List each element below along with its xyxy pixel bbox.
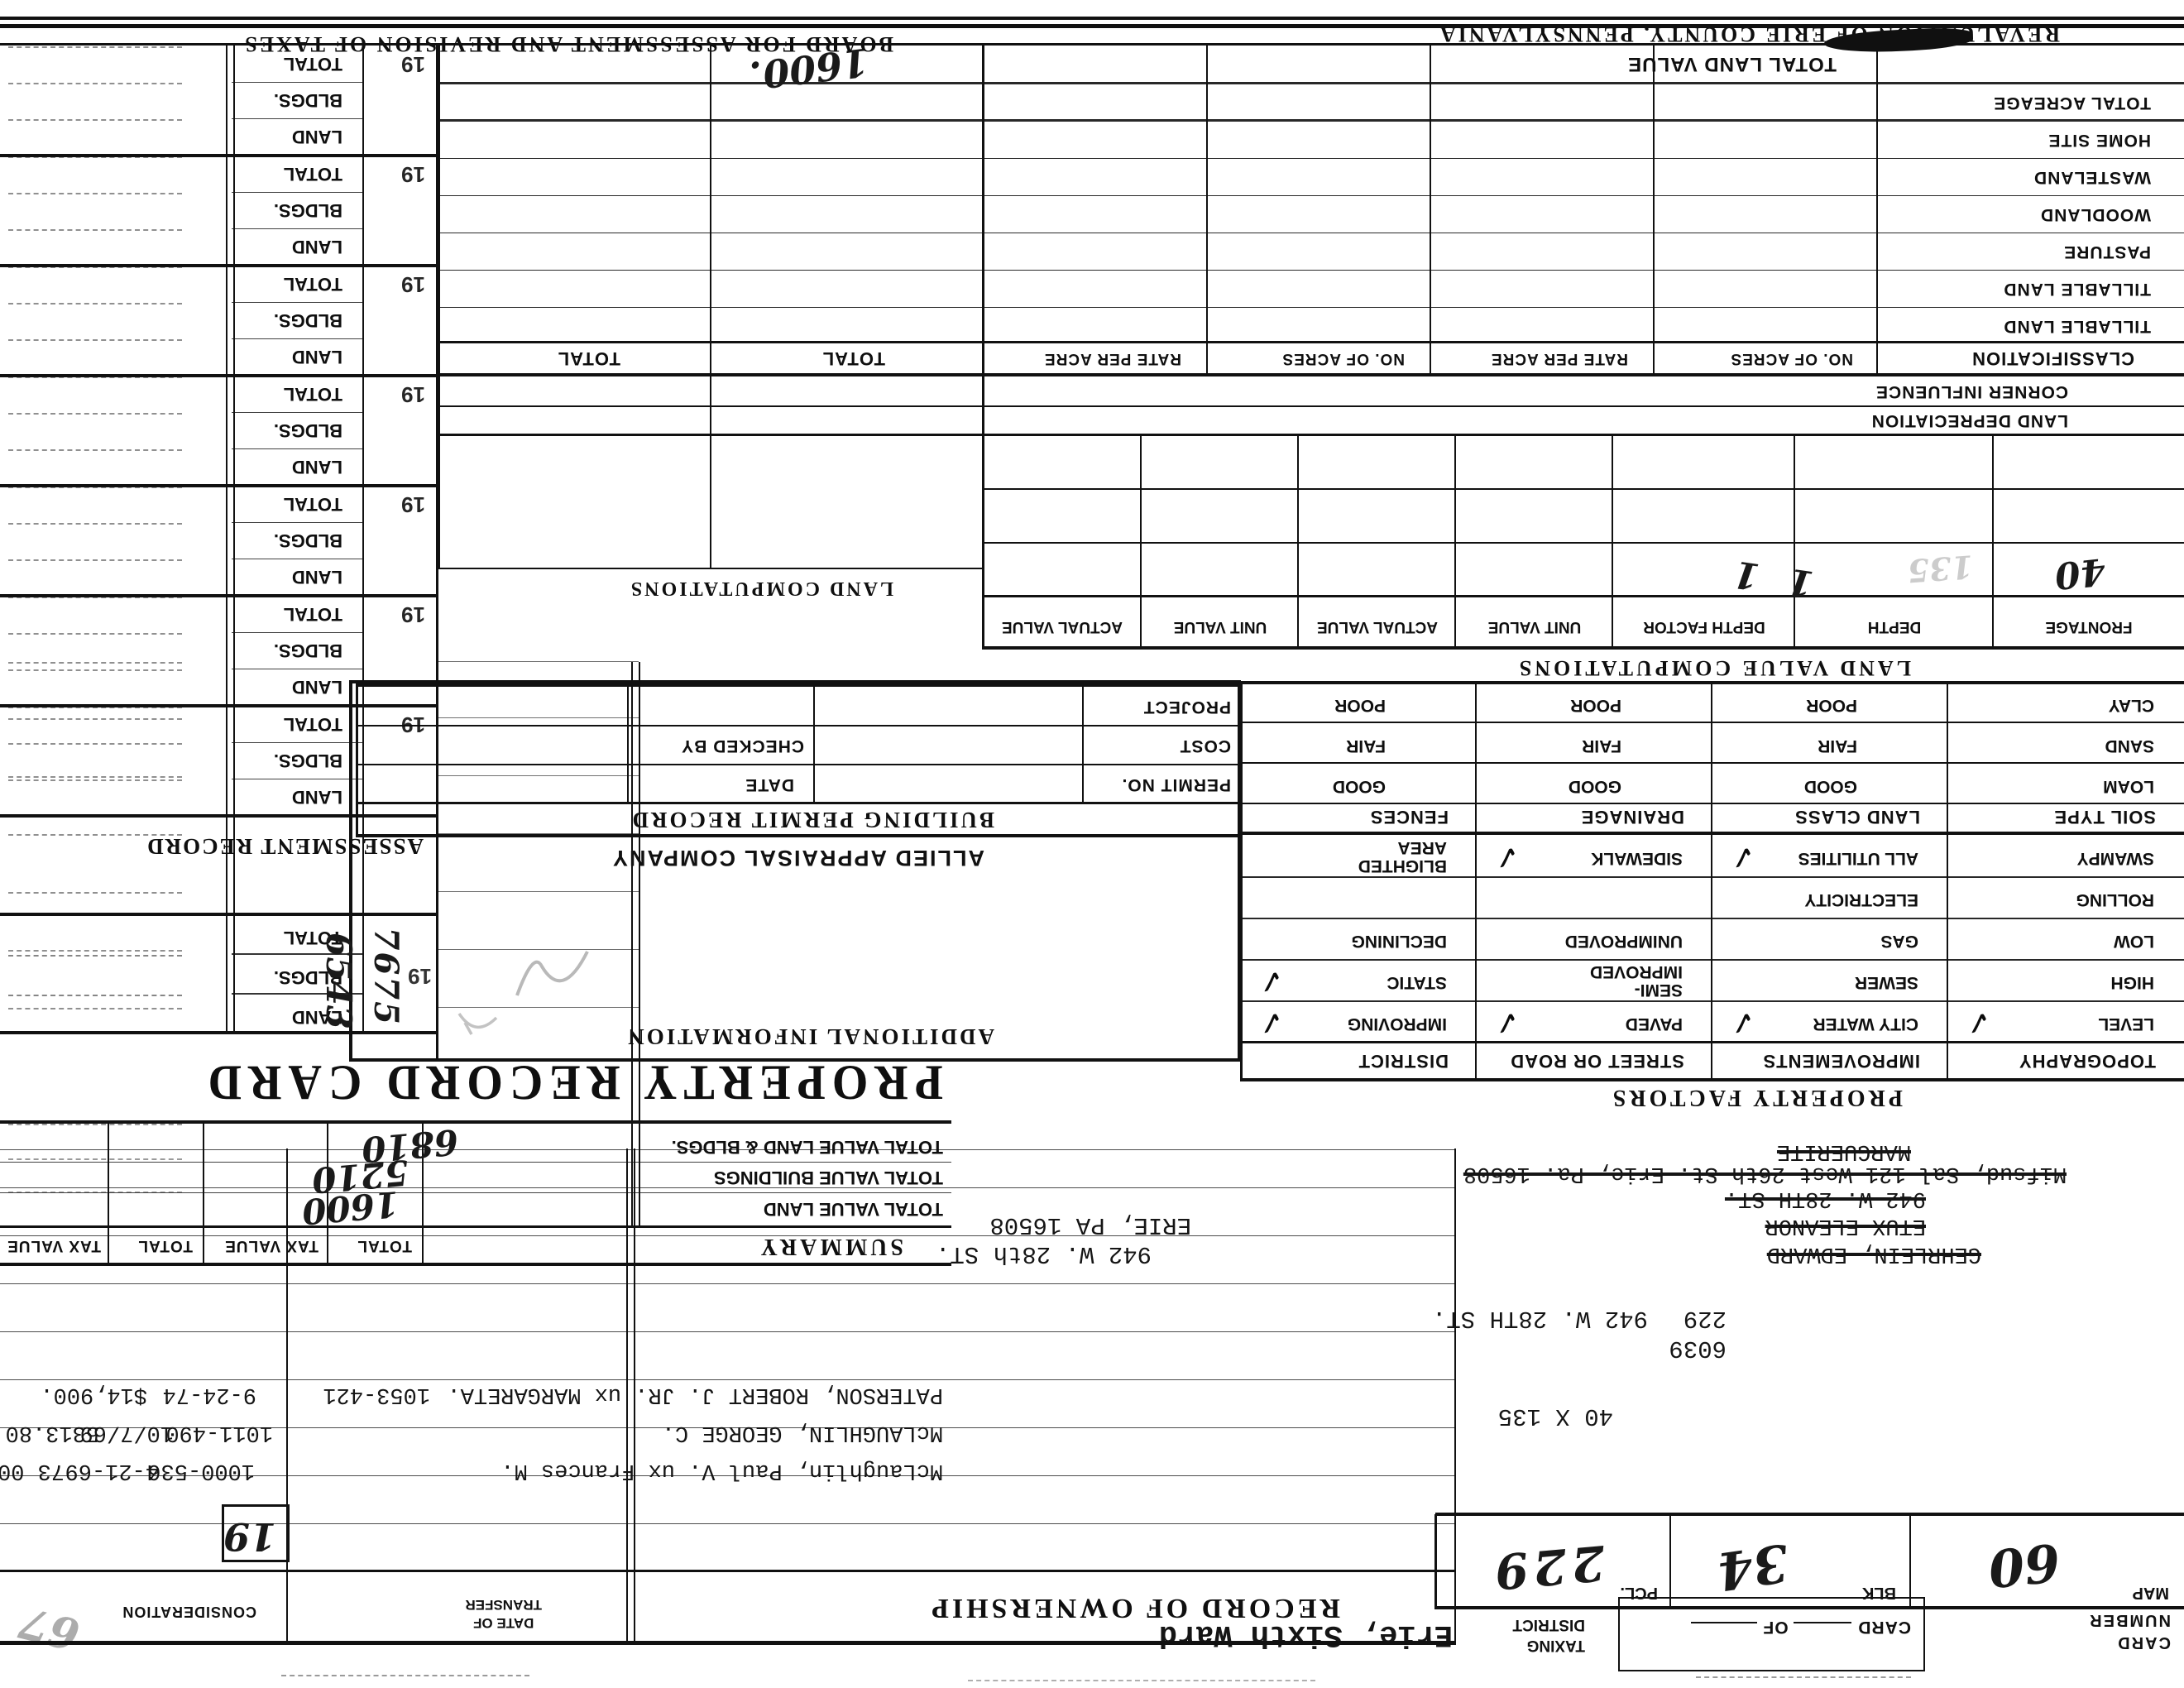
pf-option: UNIMPROVED	[1565, 932, 1683, 950]
soil-cell: FAIR	[1346, 736, 1386, 755]
pf-option: IMPROVING	[1348, 1014, 1447, 1033]
year-box-value: 19	[223, 1514, 276, 1559]
property-factors-title: PROPERTY FACTORS	[1610, 1084, 1903, 1110]
soil-column-3: FENCES	[1370, 806, 1449, 827]
assessment-row-label: TOTAL	[284, 383, 342, 405]
soil-cell: POOR	[1334, 695, 1386, 715]
project-label: PROJECT	[1143, 697, 1231, 717]
struck-owner-line: GEHRLEIN, EDWARD	[1767, 1241, 1981, 1266]
blk-label: BLK	[1862, 1583, 1896, 1602]
parcel-number: 229	[1683, 1305, 1727, 1332]
classification-row-label: TILLABLE LAND	[2003, 316, 2151, 336]
card-of-text: CARD OF	[1691, 1617, 1911, 1637]
soil-cell: FAIR	[1582, 736, 1621, 755]
rate-per-acre-1: RATE PER ACRE	[1491, 349, 1628, 367]
pf-column-3: DISTRICT	[1358, 1050, 1449, 1072]
permit-no-label: PERMIT NO.	[1121, 774, 1231, 794]
check-mark-icon: ✓	[1491, 1005, 1522, 1041]
assessment-row-label: LAND	[292, 346, 342, 367]
assessment-row-label: LAND	[292, 566, 342, 587]
summary-col-taxvalue-2: TAX VALUE	[7, 1236, 101, 1254]
pf-option: SIDEWALK	[1591, 849, 1683, 867]
deed-book-page: 1053-421	[323, 1382, 430, 1407]
soil-column-1: LAND CLASS	[1794, 806, 1920, 827]
no-of-acres-2: NO. OF ACRES	[1281, 349, 1405, 367]
struck-owner-line: MARGUERITE	[1777, 1139, 1911, 1163]
summary-row-value: 6810	[360, 1121, 460, 1170]
classification-row-label: WOODLAND	[2040, 204, 2151, 224]
soil-cell: LOAM	[2103, 776, 2154, 796]
no-of-acres-1: NO. OF ACRES	[1730, 349, 1853, 367]
struck-owner-line: Mifsud, Sal 121 West 26th St. Erie, Pa. …	[1463, 1161, 2067, 1186]
current-address-line1: 942 W. 28th ST.	[936, 1240, 1152, 1268]
summary-col-taxvalue-1: TAX VALUE	[224, 1236, 318, 1254]
assessment-year-label: 19	[401, 602, 425, 627]
land-computations-title: LAND COMPUTATIONS	[629, 577, 893, 599]
classification-row-label: HOME SITE	[2047, 130, 2151, 150]
summary-row-label: TOTAL VALUE LAND	[764, 1198, 943, 1220]
assessment-row-label: LAND	[292, 456, 342, 477]
assessment-row-label: LAND	[292, 236, 342, 257]
assessment-row-label: TOTAL	[284, 273, 342, 295]
classification-row-label: TOTAL LAND VALUE	[1627, 52, 1837, 75]
consideration-header: CONSIDERATION	[122, 1603, 256, 1620]
corner-influence-label: CORNER INFLUENCE	[1875, 381, 2068, 401]
assessment-row-label: BLDGS.	[274, 420, 342, 441]
assessment-row-label: BLDGS.	[274, 750, 342, 771]
assessment-standalone-year: 19	[408, 963, 432, 989]
pf-option: ALL UTILITIES	[1798, 849, 1918, 867]
footer-right: BOARD FOR ASSESSMENT AND REVISION OF TAX…	[242, 31, 893, 56]
soil-cell: GOOD	[1569, 776, 1621, 796]
assessment-row-label: LAND	[292, 786, 342, 808]
transfer-date: 4-21-69	[65, 1458, 159, 1483]
pcl-value: 229	[1487, 1534, 1607, 1600]
pf-column-1: IMPROVEMENTS	[1763, 1050, 1920, 1072]
rate-per-acre-2: RATE PER ACRE	[1044, 349, 1181, 367]
soil-column-2: DRAINAGE	[1581, 806, 1684, 827]
owner-name: PATERSON, ROBERT J. JR. ux MARGARETA.	[448, 1382, 944, 1407]
classification-row-label: WASTELAND	[2033, 167, 2151, 187]
assessment-row-label: TOTAL	[284, 603, 342, 625]
map-value: 60	[1985, 1532, 2062, 1599]
pf-option: HIGH	[2111, 973, 2155, 991]
classification-row-label: TILLABLE LAND	[2003, 279, 2151, 299]
owner-name: McLaughlin, Paul V. ux Frances M.	[500, 1458, 943, 1483]
assessment-row-label: TOTAL	[284, 713, 342, 735]
deed-book-page: 1000-536	[147, 1458, 255, 1483]
transfer-date: 9-24-74	[163, 1382, 256, 1407]
corner-scribble: 67	[14, 1596, 84, 1660]
soil-cell: GOOD	[1804, 776, 1857, 796]
summary-title: SUMMARY	[758, 1233, 903, 1259]
additional-information-title: ADDITIONAL INFORMATION	[625, 1024, 994, 1049]
check-mark-icon: ✓	[1727, 840, 1758, 875]
assessment-hand-7675: 7675	[366, 928, 405, 1026]
ownership-title: RECORD OF OWNERSHIP	[928, 1592, 1340, 1623]
card-number-label: CARD NUMBER	[2088, 1609, 2171, 1653]
assessment-row-label: BLDGS.	[274, 530, 342, 551]
pf-option: PAVED	[1626, 1014, 1683, 1033]
soil-cell: SAND	[2105, 736, 2154, 755]
appraisal-company: ALLIED APPRAISAL COMPANY	[611, 845, 984, 870]
summary-row-label: TOTAL VALUE LAND & BLDGS.	[672, 1136, 943, 1158]
pf-option: GAS	[1880, 932, 1918, 950]
assessment-row-label: LAND	[292, 676, 342, 698]
blk-value: 34	[1713, 1532, 1793, 1601]
lvc-column-2: DEPTH FACTOR	[1613, 617, 1795, 635]
pf-option: ROLLING	[2076, 890, 2155, 909]
classification-row-label: PASTURE	[2063, 242, 2151, 261]
struck-owner-line: ETUX ELEANOR	[1765, 1213, 1926, 1238]
lvc-column-5: UNIT VALUE	[1142, 617, 1299, 635]
pf-option: CITY WATER	[1813, 1014, 1918, 1033]
soil-cell: POOR	[1806, 695, 1857, 715]
total-col-2: TOTAL	[558, 348, 620, 369]
pf-option: DECLINING	[1352, 932, 1448, 950]
page-title: PROPERTY RECORD CARD	[202, 1053, 943, 1110]
assessment-year-label: 19	[401, 271, 425, 297]
classification-row-label: TOTAL ACREAGE	[1993, 93, 2151, 113]
pf-column-0: TOPOGRAPHY	[2019, 1050, 2156, 1072]
deed-book-page: 1011-490	[165, 1420, 273, 1445]
soil-cell: GOOD	[1333, 776, 1386, 796]
pf-option: BLIGHTED AREA	[1358, 838, 1447, 875]
check-mark-icon: ✓	[1727, 1005, 1758, 1041]
classification-header: CLASSIFICATION	[1971, 348, 2134, 369]
check-mark-icon: ✓	[1255, 1005, 1286, 1041]
account-number: 6039	[1669, 1335, 1727, 1362]
pf-option: SEWER	[1855, 973, 1918, 991]
date-label: DATE	[745, 774, 794, 794]
soil-cell: FAIR	[1818, 736, 1857, 755]
cost-label: COST	[1180, 736, 1231, 755]
lvc-frontage-mark: 40	[2052, 549, 2107, 597]
assessment-row-label: BLDGS.	[274, 89, 342, 111]
struck-owner-line: 942 W. 28TH ST.	[1725, 1186, 1926, 1211]
pf-option: SWAMPY	[2077, 849, 2154, 867]
soil-cell: POOR	[1570, 695, 1621, 715]
assessment-year-label: 19	[401, 161, 425, 187]
pf-option: STATIC	[1387, 973, 1447, 991]
check-mark-icon: ✓	[1255, 964, 1286, 1000]
assessment-row-label: BLDGS.	[274, 309, 342, 331]
check-mark-icon: ✓	[1491, 840, 1522, 875]
pf-option: LOW	[2114, 932, 2154, 950]
summary-row-label: TOTAL VALUE BUILDINGS	[714, 1167, 943, 1188]
lvc-column-3: UNIT VALUE	[1456, 617, 1613, 635]
check-mark-icon: ✓	[1962, 1005, 1994, 1041]
assessment-year-label: 19	[401, 381, 425, 407]
soil-cell: CLAY	[2109, 695, 2154, 715]
consideration-amount: $14,900.	[40, 1382, 147, 1407]
assessment-hand-6543: 6543	[318, 933, 359, 1029]
assessment-row-label: LAND	[292, 126, 342, 147]
property-street: 942 W. 28TH ST.	[1432, 1305, 1648, 1332]
lvc-column-4: ACTUAL VALUE	[1299, 617, 1456, 635]
building-permit-title: BUILDING PERMIT RECORD	[630, 807, 994, 832]
lvc-title: LAND VALUE COMPUTATIONS	[1516, 655, 1911, 680]
consideration-amount: 5313.80	[6, 1420, 99, 1445]
date-of-transfer-header: DATE OF TRANSFER	[465, 1595, 542, 1632]
pcl-label: PCL.	[1620, 1583, 1658, 1602]
assessment-year-label: 19	[401, 492, 425, 517]
lvc-column-6: ACTUAL VALUE	[983, 617, 1142, 635]
lvc-depth-mark: 135	[1906, 548, 1974, 589]
checked-by-label: CHECKED BY	[681, 736, 804, 755]
pf-option: ELECTRICITY	[1804, 890, 1918, 909]
assessment-row-label: BLDGS.	[274, 199, 342, 221]
pf-option: LEVEL	[2098, 1014, 2154, 1033]
property-record-card-rotated: CARD NUMBER CARD OF TAXING DISTRICT Erie…	[0, 0, 2184, 1688]
current-address-line2: ERIE, PA 16508	[989, 1211, 1191, 1239]
lvc-column-0: FRONTAGE	[1994, 617, 2184, 635]
total-col-1: TOTAL	[822, 348, 885, 369]
taxing-district-label: TAXING DISTRICT	[1512, 1614, 1585, 1655]
pf-column-2: STREET OR ROAD	[1510, 1050, 1684, 1072]
owner-name: McLAUGHLIN, GEORGE C.	[662, 1420, 943, 1445]
summary-col-total-1: TOTAL	[357, 1236, 412, 1254]
assessment-row-label: BLDGS.	[274, 640, 342, 661]
lot-size: 40 X 135	[1498, 1403, 1613, 1430]
soil-column-0: SOIL TYPE	[2053, 806, 2156, 827]
scanned-property-record-card: CARD NUMBER CARD OF TAXING DISTRICT Erie…	[0, 0, 2184, 1688]
pf-option: SEMI- IMPROVED	[1590, 962, 1683, 999]
assessment-row-label: TOTAL	[284, 493, 342, 515]
lvc-column-1: DEPTH	[1795, 617, 1994, 635]
assessment-year-label: 19	[401, 712, 425, 737]
consideration-amount: 73 00	[0, 1458, 65, 1483]
assessment-row-label: TOTAL	[284, 163, 342, 185]
assessment-record-title: ASSESSMENT RECORD	[146, 833, 424, 859]
map-label: MAP	[2133, 1583, 2169, 1602]
summary-col-total-2: TOTAL	[137, 1236, 193, 1254]
